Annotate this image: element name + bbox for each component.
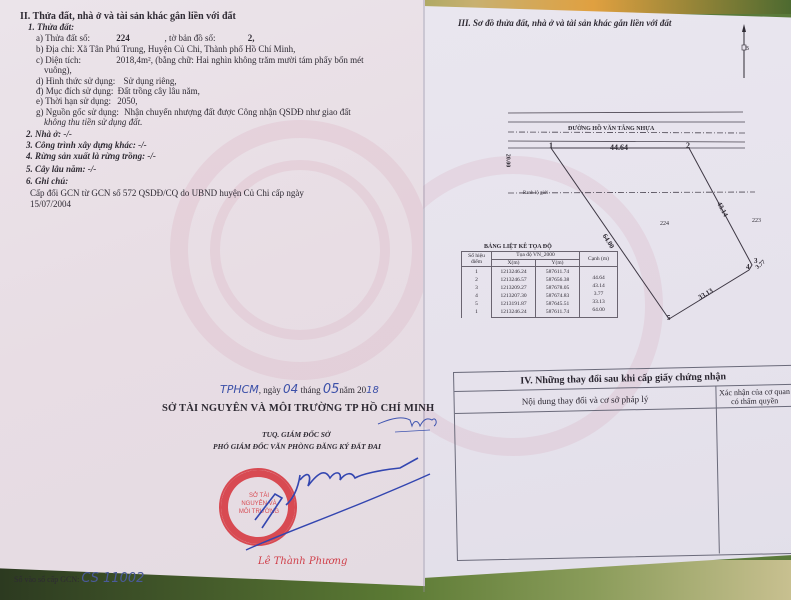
changes-table: IV. Những thay đổi sau khi cấp giấy chứn…	[453, 365, 791, 561]
col-system: Tọa độ VN_2000	[492, 252, 580, 260]
point-id: 4	[465, 292, 488, 300]
edge-length: 43.14	[583, 282, 614, 290]
coord-y: 587645.51	[539, 300, 576, 308]
coord-x: 1213207.30	[495, 292, 532, 300]
coord-x: 1213246.24	[495, 308, 532, 316]
road-name: ĐƯỜNG HỒ VĂN TẮNG NHỰA	[568, 124, 654, 135]
edge-1-2: 44.64	[610, 142, 628, 153]
vertex-2: 2	[686, 140, 690, 151]
changes-body-row	[455, 407, 791, 559]
north-label: B	[745, 44, 749, 55]
edge-length: 33.13	[583, 298, 614, 306]
road-width: 20.00	[501, 154, 512, 168]
col-authority-confirmation: Xác nhận của cơ quan có thẩm quyền	[716, 385, 791, 408]
table-row: 1 2 3 4 5 1 1213246.24 1213246.57 121320…	[462, 267, 618, 318]
coord-y: 587611.74	[539, 308, 576, 316]
change-content-cell	[455, 408, 720, 558]
edge-length: 44.64	[583, 274, 614, 282]
col-edge: Cạnh (m)	[580, 252, 618, 267]
coord-x: 1213246.24	[495, 268, 532, 276]
authority-confirmation-cell	[717, 407, 791, 554]
coord-x: 1213246.57	[495, 276, 532, 284]
edge-length: 3.77	[583, 290, 614, 298]
col-y: Y(m)	[536, 259, 580, 267]
initials-underline	[395, 430, 430, 432]
coord-x: 1213209.27	[495, 284, 532, 292]
initials-signature	[378, 418, 436, 426]
point-id: 1	[465, 308, 488, 316]
main-signature	[286, 458, 418, 505]
col-x: X(m)	[492, 259, 536, 267]
coord-table: Số hiệu điểm Tọa độ VN_2000 Cạnh (m) X(m…	[461, 251, 618, 318]
coord-y: 587656.38	[539, 276, 576, 284]
parcel-label-in-plot: 224	[660, 219, 669, 230]
point-id: 1	[465, 268, 488, 276]
col-point: Số hiệu điểm	[462, 252, 492, 267]
coord-x: 1213191.87	[495, 300, 532, 308]
signature-stroke	[255, 494, 282, 528]
north-arrow-head-icon	[742, 24, 746, 32]
vertex-1: 1	[549, 140, 553, 151]
section-iii-title: III. Sơ đồ thửa đất, nhà ở và tài sản kh…	[458, 18, 671, 29]
neighbor-parcel-label: 223	[752, 216, 761, 227]
coord-y: 587611.74	[539, 268, 576, 276]
edge-length: 64.00	[583, 306, 614, 314]
point-id: 3	[465, 284, 488, 292]
vertex-5: 5	[667, 313, 671, 324]
point-id: 5	[465, 300, 488, 308]
boundary-label: Ranh lộ giới	[523, 188, 548, 199]
point-id: 2	[465, 276, 488, 284]
coord-y: 587674.83	[539, 292, 576, 300]
coord-y: 587678.05	[539, 284, 576, 292]
vertex-4: 4	[746, 262, 750, 273]
